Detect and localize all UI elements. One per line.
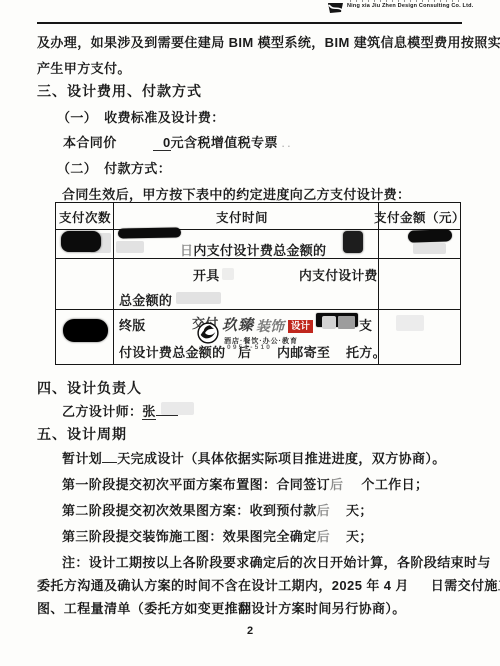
- price-label: 本合同价: [63, 135, 117, 150]
- redaction-row1-time-light: [116, 241, 144, 253]
- table-header-amount: 支付金额（元）: [374, 208, 465, 226]
- watermark-design-badge: 设计: [288, 320, 313, 333]
- stage3-line: 第三阶段提交装饰施工图：效果图完全确定后天；: [62, 526, 373, 545]
- redaction-row3-amount: [396, 315, 424, 331]
- redaction-watermark-gray2: [338, 316, 355, 329]
- redaction-row1-amount-light: [413, 243, 446, 254]
- redaction-row2-percent: [176, 292, 221, 304]
- note-line2-a: 委托方沟通及确认方案的时间不含在设计工期内，2025 年 4 月: [37, 578, 409, 593]
- designer-label: 乙方设计师：: [62, 404, 142, 419]
- duration-prefix: 暂计划: [62, 451, 102, 466]
- stray-dots: . .: [282, 139, 291, 149]
- watermark-logo-icon: [197, 322, 219, 349]
- stage1-remnant: 后: [330, 477, 343, 492]
- cropped-header-text-marks: [350, 0, 460, 2]
- note-line-1: 注：设计工期按以上各阶段要求确定后的次日开始计算，各阶段结束时与: [62, 552, 491, 571]
- table-row-divider-3: [56, 309, 460, 310]
- watermark-phone: 0951-510: [227, 344, 272, 351]
- intro-line-1: 及办理，如果涉及到需要住建局 BIM 模型系统，BIM 建筑信息模型费用按照实际: [37, 32, 500, 51]
- section3-item1: （一） 收费标准及设计费：: [57, 107, 225, 126]
- price-remnant: 0: [153, 135, 171, 151]
- watermark-brand-name: 玖臻: [222, 314, 254, 335]
- duration-line: 暂计划天完成设计（具体依据实际项目推进进度，双方协商）。: [62, 448, 446, 467]
- table-row-divider-1: [56, 229, 460, 230]
- duration-suffix: 天完成设计（具体依据实际项目推进进度，双方协商）。: [117, 451, 446, 466]
- stage1-line: 第一阶段提交初次平面方案布置图：合同签订后个工作日；: [62, 474, 428, 493]
- stage3-tail: 天；: [346, 529, 373, 544]
- row3-line1-tail: 支: [359, 315, 372, 334]
- section3-title: 三、设计费用、付款方式: [37, 81, 202, 101]
- section5-title: 五、设计周期: [37, 424, 127, 444]
- redaction-row1-amount: [408, 229, 452, 243]
- stage3-remnant: 后: [317, 529, 330, 544]
- stage2-remnant: 后: [317, 503, 330, 518]
- stage2-line: 第二阶段提交初次效果图方案：收到预付款后天；: [62, 500, 373, 519]
- intro-line-2: 产生甲方支付。: [37, 58, 131, 77]
- table-column-divider-2: [378, 203, 379, 364]
- erased-price-gap: [121, 146, 149, 147]
- stage3-text: 第三阶段提交装饰施工图：效果图完全确定: [62, 529, 317, 544]
- note-line2-b: 日需交付施工: [431, 578, 500, 593]
- stage1-text: 第一阶段提交初次平面方案布置图：合同签订: [62, 477, 330, 492]
- row2-line1-pay: 内支付设计费: [299, 265, 378, 284]
- table-header-time: 支付时间: [216, 208, 268, 226]
- watermark-brand-suffix: 装饰: [256, 316, 284, 336]
- company-logo-icon: [327, 0, 344, 18]
- designer-name: 张: [142, 404, 155, 420]
- row3-line2-client: 托方。: [346, 342, 386, 361]
- redaction-row3-count: [63, 319, 108, 342]
- redaction-row1-time-top: [118, 227, 181, 238]
- delivery-date-blank: [409, 589, 431, 590]
- stage1-blank: [343, 488, 361, 489]
- company-name-en: Ning xia Jiu Zhen Design Consulting Co. …: [347, 3, 473, 9]
- section4-title: 四、设计负责人: [37, 378, 142, 398]
- stage3-blank: [330, 540, 346, 541]
- redaction-row1-percent: [343, 231, 363, 253]
- redaction-designer-name: [161, 402, 194, 415]
- table-column-divider-1: [113, 203, 114, 364]
- table-header-times: 支付次数: [59, 208, 111, 226]
- row1-time-text: 日内支付设计费总金额的: [180, 240, 326, 259]
- price-suffix: 元含税增值税专票: [171, 135, 278, 150]
- stage1-tail: 个工作日；: [361, 477, 428, 492]
- section3-item2: （二） 付款方式：: [57, 158, 171, 177]
- redaction-row2-smudge: [222, 268, 234, 280]
- row1-time-remnant: 日: [180, 243, 193, 258]
- scanned-contract-page: Ning xia Jiu Zhen Design Consulting Co. …: [0, 0, 500, 666]
- row2-line2-total: 总金额的: [119, 290, 172, 309]
- stage2-tail: 天；: [346, 503, 373, 518]
- stage2-blank: [330, 514, 346, 515]
- duration-blank: [102, 450, 117, 463]
- payment-table-intro: 合同生效后，甲方按下表中的约定进度向乙方支付设计费：: [62, 184, 410, 203]
- page-number: 2: [0, 625, 500, 637]
- row3-line1-final: 终版: [119, 315, 146, 334]
- redaction-row1-count: [61, 231, 101, 252]
- stage2-text: 第二阶段提交初次效果图方案：收到预付款: [62, 503, 317, 518]
- note-line-2: 委托方沟通及确认方案的时间不含在设计工期内，2025 年 4 月日需交付施工: [37, 575, 500, 594]
- redaction-watermark-gray1: [322, 316, 336, 329]
- row1-time-body: 内支付设计费总金额的: [193, 243, 326, 258]
- note-line-3: 图、工程量清单（委托方如变更推翻设计方案时间另行协商）。: [37, 598, 406, 617]
- contract-price-line: 本合同价 0元含税增值税专票 . .: [63, 132, 291, 151]
- row2-line1-open: 开具: [193, 265, 220, 284]
- header-rule: [37, 22, 462, 24]
